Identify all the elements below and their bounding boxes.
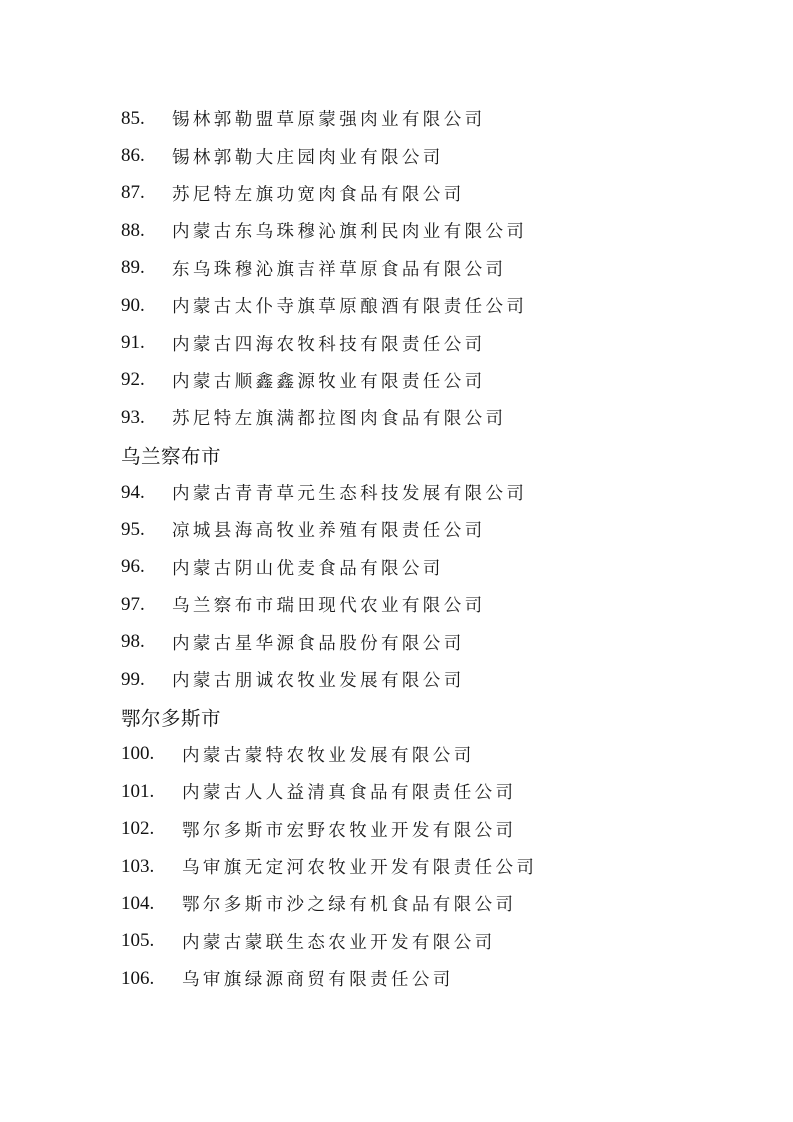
company-name: 东乌珠穆沁旗吉祥草原食品有限公司 [172,256,506,281]
company-name: 内蒙古蒙特农牧业发展有限公司 [182,742,475,767]
list-item: 97. 乌兰察布市瑞田现代农业有限公司 [121,586,681,623]
list-item: 89. 东乌珠穆沁旗吉祥草原食品有限公司 [121,250,681,287]
item-number: 96. [121,556,172,578]
list-item: 91. 内蒙古四海农牧科技有限责任公司 [121,324,681,361]
list-item: 92. 内蒙古顺鑫鑫源牧业有限责任公司 [121,362,681,399]
list-item: 95. 凉城县海高牧业养殖有限责任公司 [121,511,681,548]
company-name: 苏尼特左旗功宽肉食品有限公司 [172,181,465,206]
company-name: 内蒙古太仆寺旗草原酿酒有限责任公司 [172,293,527,318]
list-item: 85. 锡林郭勒盟草原蒙强肉业有限公司 [121,100,681,137]
list-item: 106. 乌审旗绿源商贸有限责任公司 [121,960,681,997]
list-item: 101. 内蒙古人人益清真食品有限责任公司 [121,773,681,810]
company-name: 内蒙古朋诚农牧业发展有限公司 [172,667,465,692]
section-heading: 乌兰察布市 [121,441,221,469]
list-item: 86. 锡林郭勒大庄园肉业有限公司 [121,137,681,174]
item-number: 101. [121,781,182,803]
company-name: 锡林郭勒盟草原蒙强肉业有限公司 [172,106,486,131]
company-name: 内蒙古人人益清真食品有限责任公司 [182,779,516,804]
item-number: 102. [121,818,182,840]
company-name: 乌兰察布市瑞田现代农业有限公司 [172,592,486,617]
item-number: 86. [121,145,172,167]
list-item: 105. 内蒙古蒙联生态农业开发有限公司 [121,923,681,960]
list-item: 87. 苏尼特左旗功宽肉食品有限公司 [121,175,681,212]
list-item: 88. 内蒙古东乌珠穆沁旗利民肉业有限公司 [121,212,681,249]
company-name: 内蒙古四海农牧科技有限责任公司 [172,331,486,356]
item-number: 95. [121,519,172,541]
company-name: 内蒙古东乌珠穆沁旗利民肉业有限公司 [172,218,527,243]
section-heading-row: 鄂尔多斯市 [121,698,681,735]
section-heading: 鄂尔多斯市 [121,703,221,731]
item-number: 99. [121,669,172,691]
item-number: 104. [121,893,182,915]
company-name: 乌审旗无定河农牧业开发有限责任公司 [182,854,537,879]
item-number: 91. [121,332,172,354]
section-heading-row: 乌兰察布市 [121,437,681,474]
city-section-ulanqab: 乌兰察布市 94. 内蒙古青青草元生态科技发展有限公司 95. 凉城县海高牧业养… [121,437,681,699]
company-name: 内蒙古阴山优麦食品有限公司 [172,555,444,580]
item-number: 103. [121,856,182,878]
company-name: 乌审旗绿源商贸有限责任公司 [182,966,454,991]
list-item: 99. 内蒙古朋诚农牧业发展有限公司 [121,661,681,698]
item-number: 100. [121,743,182,765]
list-item: 96. 内蒙古阴山优麦食品有限公司 [121,549,681,586]
document-page: 85. 锡林郭勒盟草原蒙强肉业有限公司 86. 锡林郭勒大庄园肉业有限公司 87… [121,100,681,997]
list-item: 93. 苏尼特左旗满都拉图肉食品有限公司 [121,399,681,436]
company-name: 内蒙古青青草元生态科技发展有限公司 [172,480,527,505]
company-name: 苏尼特左旗满都拉图肉食品有限公司 [172,405,506,430]
item-number: 98. [121,631,172,653]
list-item: 94. 内蒙古青青草元生态科技发展有限公司 [121,474,681,511]
list-item: 90. 内蒙古太仆寺旗草原酿酒有限责任公司 [121,287,681,324]
item-number: 90. [121,295,172,317]
item-number: 92. [121,369,172,391]
list-item: 102. 鄂尔多斯市宏野农牧业开发有限公司 [121,810,681,847]
list-item: 98. 内蒙古星华源食品股份有限公司 [121,623,681,660]
item-number: 88. [121,220,172,242]
company-name: 鄂尔多斯市沙之绿有机食品有限公司 [182,891,516,916]
item-number: 106. [121,968,182,990]
item-number: 85. [121,108,172,130]
company-name: 内蒙古星华源食品股份有限公司 [172,630,465,655]
item-number: 94. [121,482,172,504]
item-number: 93. [121,407,172,429]
item-number: 87. [121,182,172,204]
list-item: 104. 鄂尔多斯市沙之绿有机食品有限公司 [121,885,681,922]
list-item: 103. 乌审旗无定河农牧业开发有限责任公司 [121,848,681,885]
list-item: 100. 内蒙古蒙特农牧业发展有限公司 [121,736,681,773]
company-name: 锡林郭勒大庄园肉业有限公司 [172,144,444,169]
item-number: 89. [121,257,172,279]
company-name: 鄂尔多斯市宏野农牧业开发有限公司 [182,817,516,842]
item-number: 105. [121,930,182,952]
company-name: 凉城县海高牧业养殖有限责任公司 [172,517,486,542]
company-name: 内蒙古顺鑫鑫源牧业有限责任公司 [172,368,486,393]
company-name: 内蒙古蒙联生态农业开发有限公司 [182,929,496,954]
company-list-section: 85. 锡林郭勒盟草原蒙强肉业有限公司 86. 锡林郭勒大庄园肉业有限公司 87… [121,100,681,437]
city-section-ordos: 鄂尔多斯市 100. 内蒙古蒙特农牧业发展有限公司 101. 内蒙古人人益清真食… [121,698,681,997]
item-number: 97. [121,594,172,616]
